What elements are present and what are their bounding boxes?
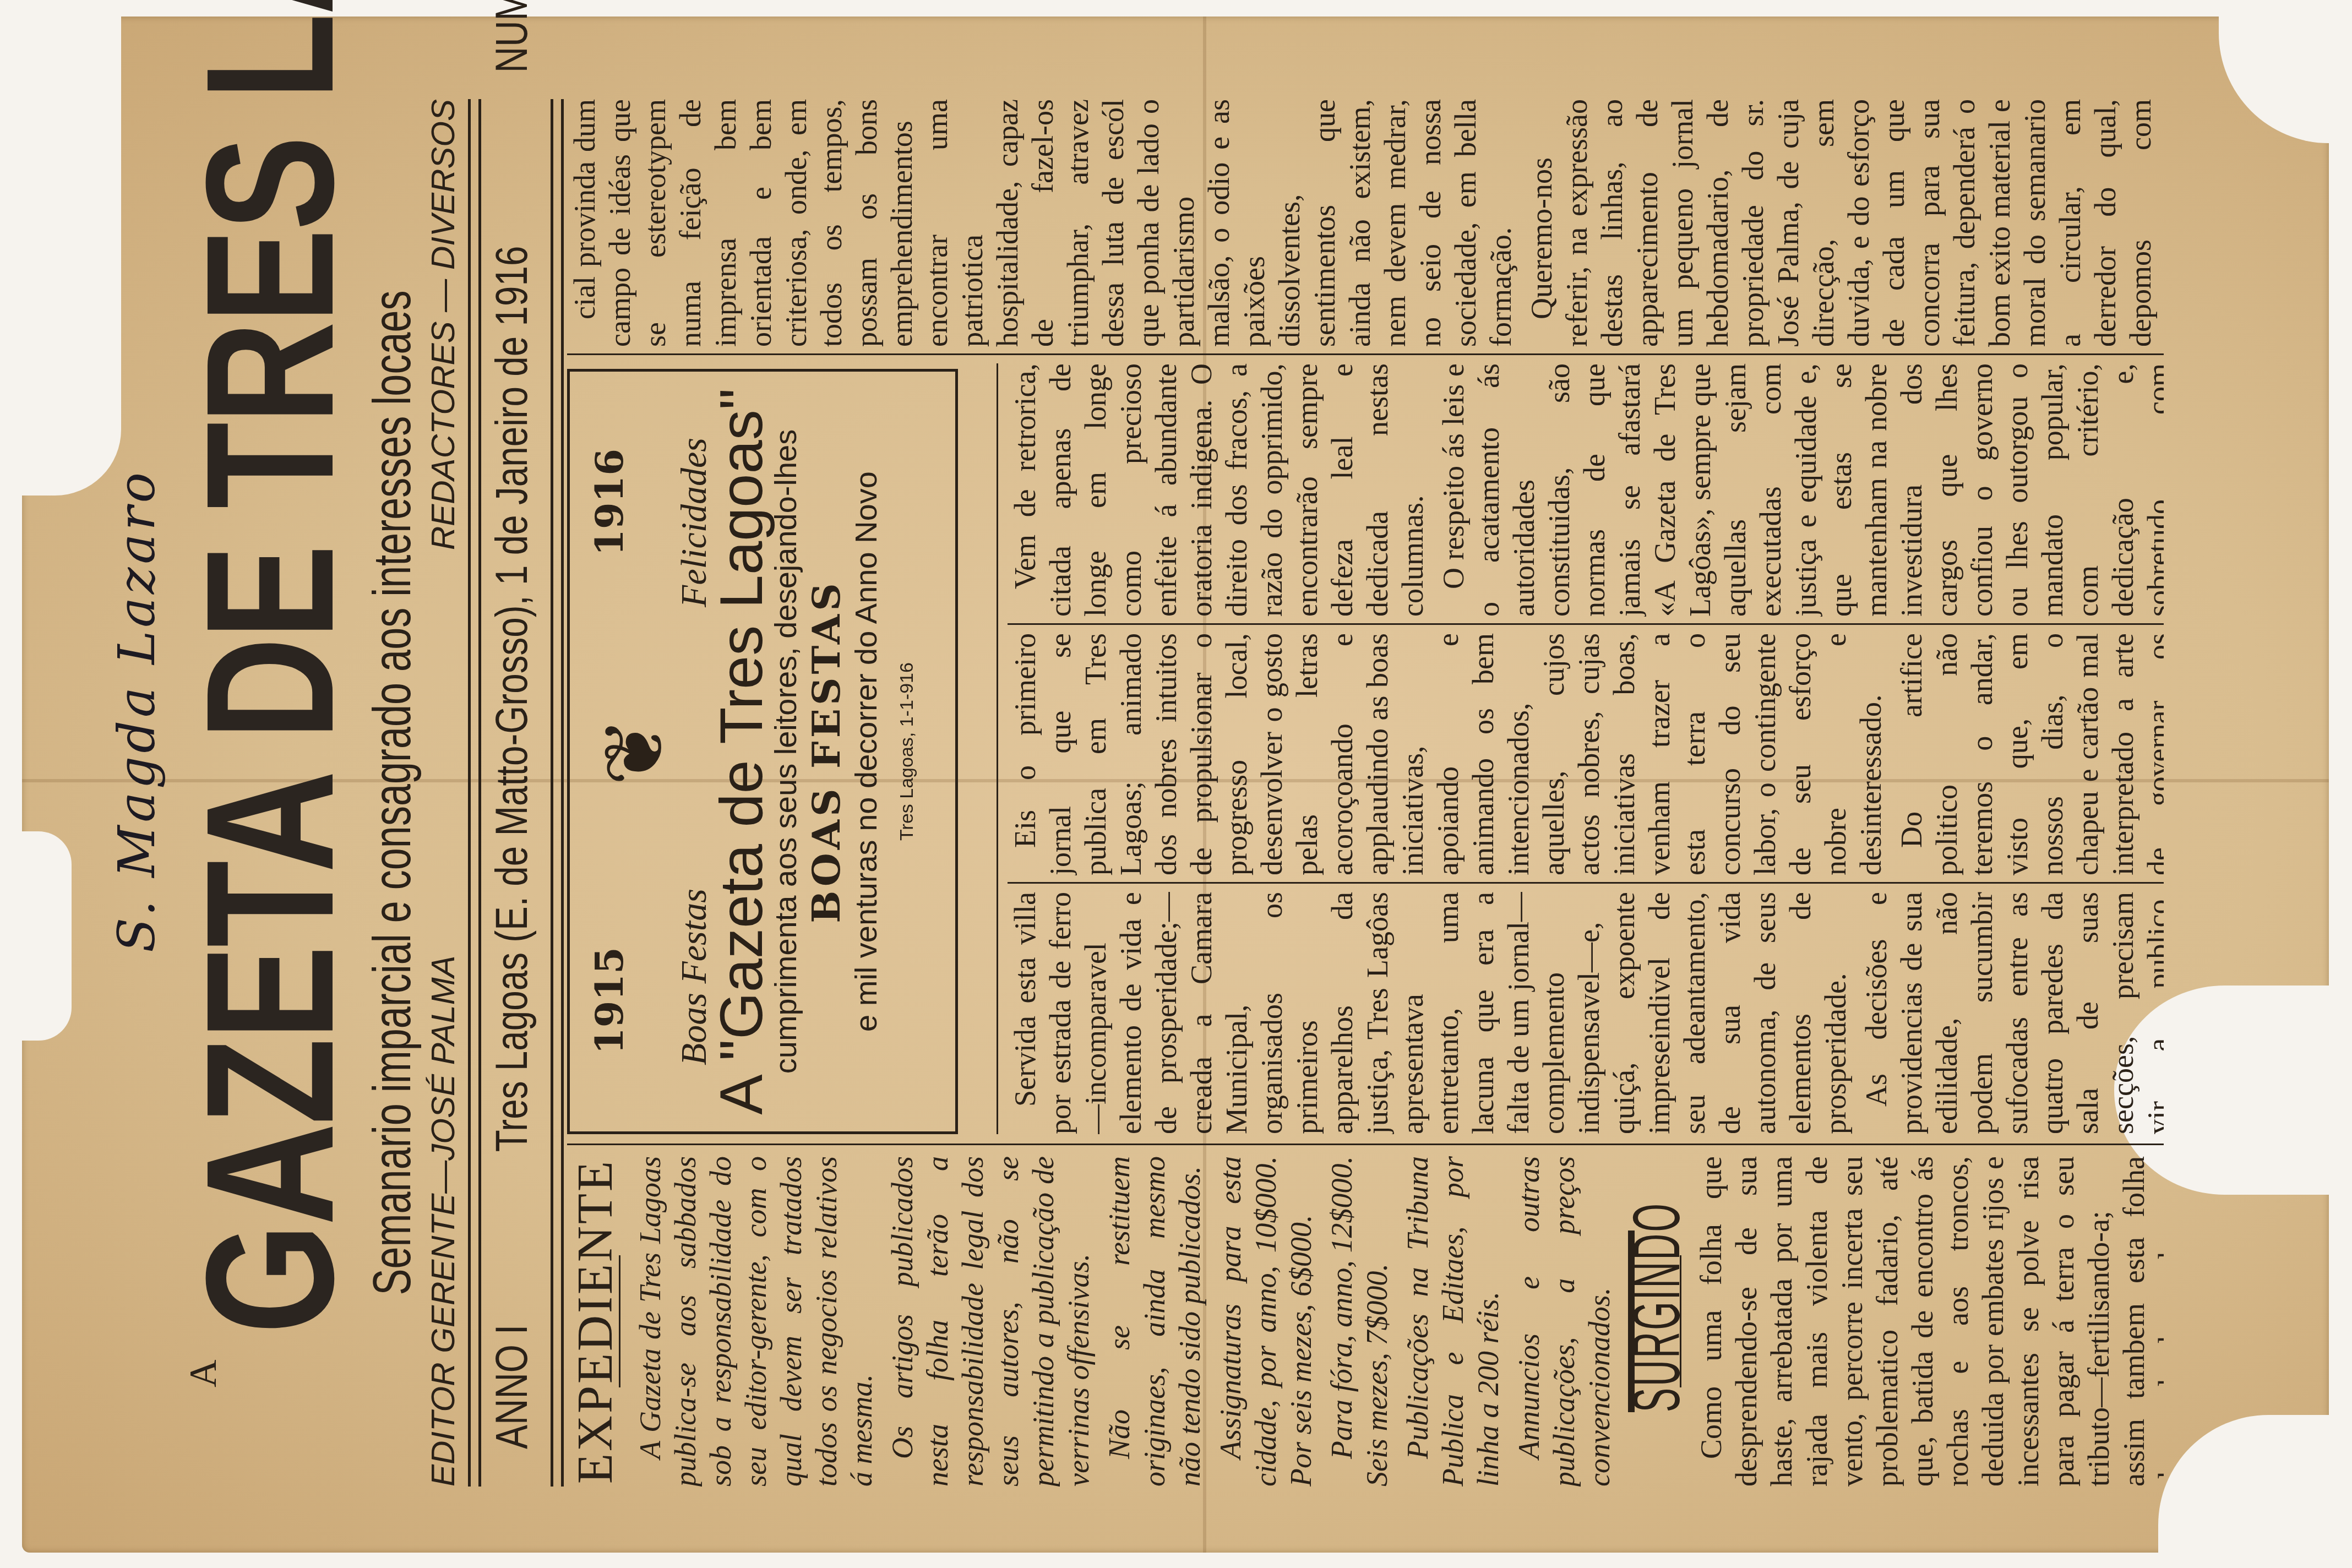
issue-number: NUM. 1 (486, 0, 538, 91)
issue-year: ANNO I (486, 1307, 538, 1467)
year-new: 1916 (592, 449, 627, 556)
column-rule (567, 353, 2164, 355)
newspaper-page: A GAZETA DE TRES LAGOAS Semanario imparc… (94, 66, 2241, 1520)
ad-wishes: Boas Festas Felicidades (677, 372, 712, 1131)
column-rule (1008, 882, 2164, 884)
column-rule (1008, 623, 2164, 625)
columns: EXPEDIENTE A Gazeta de Tres Lagoas publi… (567, 99, 2164, 1487)
article-paragraph: cial provinda dum campo de idéas que se … (567, 99, 1518, 347)
surgindo-heading: SURGINDO (1628, 1231, 1674, 1412)
column-expediente: EXPEDIENTE A Gazeta de Tres Lagoas publi… (567, 1156, 2164, 1487)
greeting-ad-box: 1915 1916 ❦ Boas Festas Felicidades A "G… (567, 369, 958, 1134)
article-paragraph: Eis o primeiro jornal que se publica em … (1008, 633, 1888, 875)
article-paragraph: O respeito ás leis e o acatamento ás aut… (1436, 363, 2164, 617)
felicidades-script: Felicidades (677, 438, 712, 607)
masthead: A GAZETA DE TRES LAGOAS Semanario imparc… (187, 99, 423, 1487)
editor-credit: EDITOR GERENTE—JOSÉ PALMA (424, 955, 462, 1487)
ad-boas-festas: BOAS FESTAS (809, 372, 844, 1131)
article-paragraph: Do artifice politico não teremos o andar… (1894, 633, 2164, 875)
expediente-heading: EXPEDIENTE (578, 1156, 613, 1487)
article-paragraph: Vem de retrorica, citada apenas de longe… (1008, 363, 1430, 617)
greeting-ad-area: 1915 1916 ❦ Boas Festas Felicidades A "G… (567, 363, 986, 1134)
article-paragraph: Queremo-nos referir, na expressão destas… (1524, 99, 2164, 347)
masthead-prefix: A (182, 1359, 226, 1387)
column-surgindo-2: Servida esta villa por estrada de ferro—… (1008, 892, 2164, 1134)
ad-line-1: cumprimenta aos seus leitores, desejando… (768, 372, 803, 1131)
ad-line-2: e mil venturas no decorrer do Anno Novo (848, 372, 884, 1131)
column-surgindo-4: Vem de retrorica, citada apenas de longe… (1008, 363, 2164, 617)
expediente-paragraph: Annuncios e outras publicações, a preços… (1511, 1156, 1617, 1487)
ad-newspaper-name: A "Gazeta de Tres Lagoas" (724, 372, 759, 1131)
expediente-paragraph: Para fóra, anno, 12$000. Seis mezes, 7$0… (1324, 1156, 1395, 1487)
section-rule (997, 363, 998, 1134)
boas-festas-script: Boas Festas (677, 889, 712, 1065)
article-paragraph: Como uma folha que desprendendo-se de su… (1694, 1156, 2164, 1487)
place-and-date: Tres Lagoas (E. de Matto-Grosso), 1 de J… (486, 228, 538, 1169)
rule-below-dateline (551, 99, 564, 1487)
dateline: ANNO I Tres Lagoas (E. de Matto-Grosso),… (479, 99, 545, 1487)
column-surgindo-3: Eis o primeiro jornal que se publica em … (1008, 633, 2164, 875)
expediente-paragraph: Os artigos publicados nesta folha terão … (885, 1156, 1096, 1487)
expediente-paragraph: Assignaturas para esta cidade, por anno,… (1213, 1156, 1319, 1487)
article-paragraph: Servida esta villa por estrada de ferro—… (1008, 892, 1853, 1134)
column-rule (567, 1144, 2164, 1145)
credits-line: EDITOR GERENTE—JOSÉ PALMA REDACTORES — D… (424, 99, 462, 1487)
ad-signature: Tres Lagoas, 1-1-916 (889, 372, 924, 1131)
year-old: 1915 (592, 947, 627, 1054)
newspaper-title: GAZETA DE TRES LAGOAS (187, 252, 352, 1334)
article-paragraph: As decisões e providencias de sua edilid… (1859, 892, 2164, 1134)
torn-edge-left (0, 831, 72, 1041)
expediente-paragraph: Publicações na Tribuna Publica e Editaes… (1400, 1156, 1506, 1487)
expediente-paragraph: A Gazeta de Tres Lagoas publica-se aos s… (633, 1156, 879, 1487)
redactores-credit: REDACTORES — DIVERSOS (424, 99, 462, 550)
expediente-paragraph: Não se restituem originaes, ainda mesmo … (1102, 1156, 1207, 1487)
column-right: cial provinda dum campo de idéas que se … (567, 99, 2164, 347)
newspaper-subtitle: Semanario imparcial e consagrado aos int… (362, 273, 423, 1313)
